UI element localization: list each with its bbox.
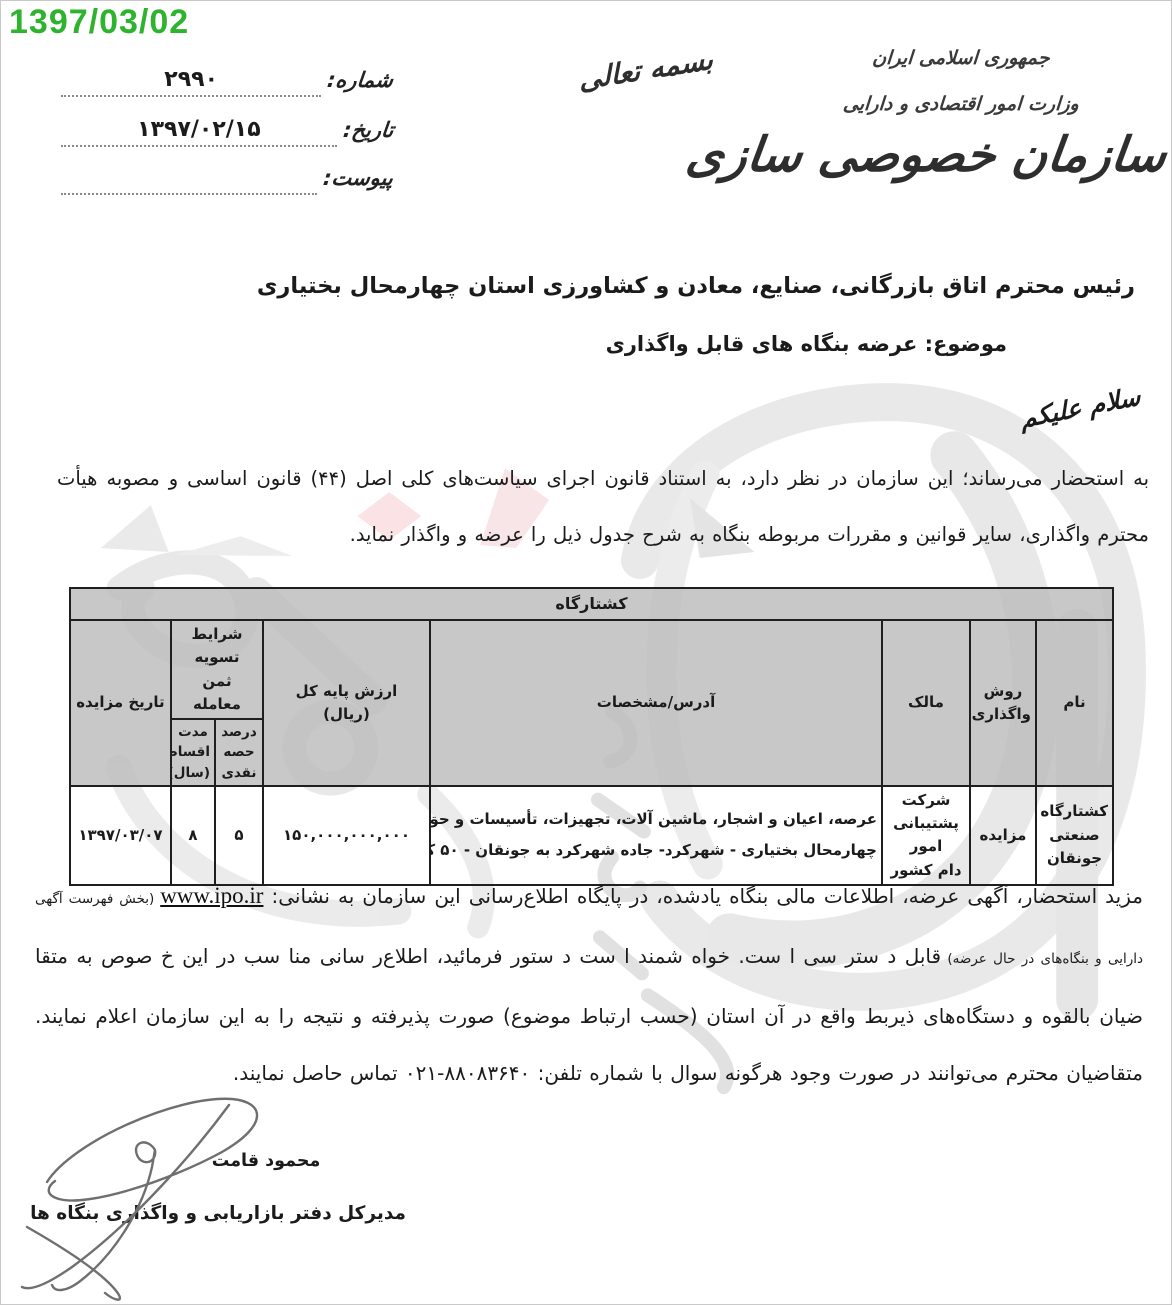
offers-table: کشتارگاه نام روش واگذاری مالک آدرس/مشخصا… <box>69 587 1114 886</box>
date-label: تاریخ: <box>335 118 394 147</box>
col-header-address: آدرس/مشخصات <box>430 620 882 786</box>
attachment-label: پیوست: <box>316 166 395 195</box>
col-header-method: روش واگذاری <box>970 620 1036 786</box>
col-header-installment-years: مدت اقساط (سال) <box>171 719 215 786</box>
ipo-website-link[interactable]: www.ipo.ir <box>160 883 263 908</box>
col-header-base-value: ارزش پایه کل (ریال) <box>263 620 430 786</box>
col-header-settlement: شرایط تسویه ثمن معامله <box>171 620 263 719</box>
col-header-owner: مالک <box>882 620 970 786</box>
cell-address-line1: عرصه، اعیان و اشجار، ماشین آلات، تجهیزات… <box>435 804 877 836</box>
table-title: کشتارگاه <box>70 588 1113 620</box>
signature-scribble <box>17 1087 307 1305</box>
col-header-cash-percent: درصد حصه نقدی <box>215 719 263 786</box>
date-value: ۱۳۹۷/۰۲/۱۵ <box>137 117 261 145</box>
body-paragraph-1: به استحضار می‌رساند؛ این سازمان در نظر د… <box>57 451 1149 563</box>
scan-date-overlay: 1397/03/02 <box>9 3 189 42</box>
letterhead-organization: سازمان خصوصی سازی <box>743 127 1170 183</box>
number-line: ۲۹۹۰ <box>61 57 321 97</box>
subject-line: موضوع: عرضه بنگاه های قابل واگذاری <box>606 332 1007 356</box>
letterhead-ministry: وزارت امور اقتصادی و دارایی <box>780 93 1142 115</box>
number-value: ۲۹۹۰ <box>164 67 218 95</box>
date-line: ۱۳۹۷/۰۲/۱۵ <box>61 107 337 147</box>
attachment-line <box>61 155 317 195</box>
letterhead-country: جمهوری اسلامی ایران <box>790 47 1132 69</box>
paragraph2-lead: مزید استحضار، آگهی عرضه، اطلاعات مالی بن… <box>263 884 1143 908</box>
field-number: شماره: ۲۹۹۰ <box>61 57 393 97</box>
number-label: شماره: <box>320 68 395 97</box>
document-page: 1397/03/02 جمهوری اسلامی ایران وزارت امو… <box>0 0 1172 1305</box>
col-header-auction-date: تاریخ مزایده <box>70 620 171 786</box>
col-header-name: نام <box>1036 620 1113 786</box>
addressee-line: رئیس محترم اتاق بازرگانی، صنایع، معادن و… <box>257 273 1135 299</box>
cell-address-line2: چهارمحال بختیاری - شهرکرد- جاده شهرکرد ب… <box>435 835 877 867</box>
field-attachment: پیوست: <box>61 155 393 195</box>
field-date: تاریخ: ۱۳۹۷/۰۲/۱۵ <box>61 107 393 147</box>
body-paragraph-2: مزید استحضار، آگهی عرضه، اطلاعات مالی بن… <box>35 867 1143 1102</box>
